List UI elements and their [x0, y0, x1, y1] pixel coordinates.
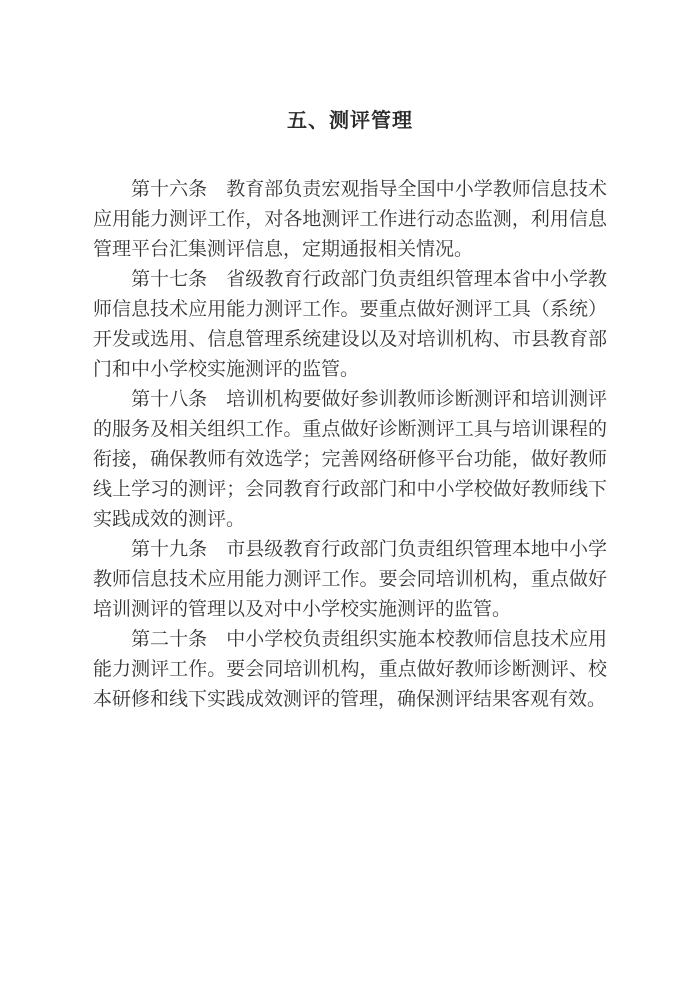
paragraph-article-18: 第十八条 培训机构要做好参训教师诊断测评和培训测评的服务及相关组织工作。重点做好…	[93, 385, 607, 535]
paragraph-article-20: 第二十条 中小学校负责组织实施本校教师信息技术应用能力测评工作。要会同培训机构，…	[93, 625, 607, 715]
document-page: 五、测评管理 第十六条 教育部负责宏观指导全国中小学教师信息技术应用能力测评工作…	[0, 0, 700, 993]
paragraph-article-16: 第十六条 教育部负责宏观指导全国中小学教师信息技术应用能力测评工作，对各地测评工…	[93, 175, 607, 265]
document-body: 第十六条 教育部负责宏观指导全国中小学教师信息技术应用能力测评工作，对各地测评工…	[93, 175, 607, 715]
paragraph-article-17: 第十七条 省级教育行政部门负责组织管理本省中小学教师信息技术应用能力测评工作。要…	[93, 265, 607, 385]
document-title: 五、测评管理	[0, 0, 700, 133]
paragraph-article-19: 第十九条 市县级教育行政部门负责组织管理本地中小学教师信息技术应用能力测评工作。…	[93, 535, 607, 625]
